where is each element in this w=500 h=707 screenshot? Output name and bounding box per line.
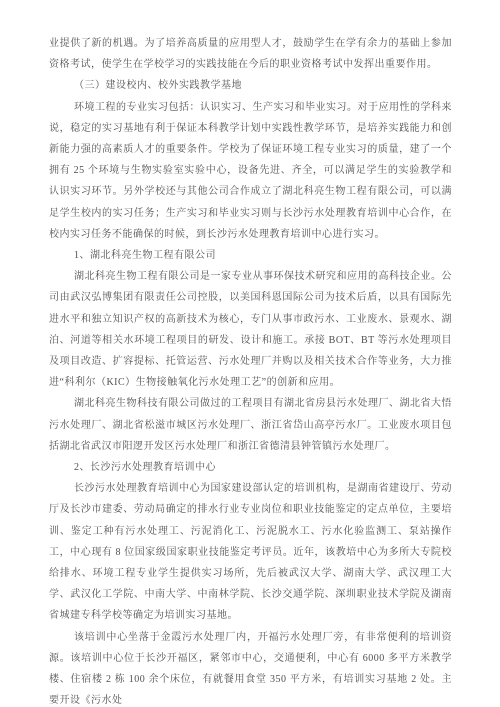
paragraph-keliang-intro: 湖北科亮生物工程有限公司是一家专业从事环保技术研究和应用的高科技企业。公司由武汉… [49,266,452,393]
item-heading-2-changsha-center: 2、长沙污水处理教育培训中心 [49,457,452,478]
document-page: 业提供了新的机遇。为了培养高质量的应用型人才，鼓励学生在学有余力的基础上参加资格… [0,0,500,707]
document-body: 业提供了新的机遇。为了培养高质量的应用型人才，鼓励学生在学有余力的基础上参加资格… [49,33,452,707]
section-heading-3: （三）建设校内、校外实践教学基地 [49,75,452,96]
paragraph-continuation: 业提供了新的机遇。为了培养高质量的应用型人才，鼓励学生在学有余力的基础上参加资格… [49,33,452,75]
paragraph-center-intro: 长沙污水处理教育培训中心为国家建设部认定的培训机构，是湖南省建设厅、劳动厅及长沙… [49,478,452,626]
item-heading-1-keliang-company: 1、湖北科亮生物工程有限公司 [49,245,452,266]
paragraph-practice-bases: 环境工程的专业实习包括：认识实习、生产实习和毕业实习。对于应用性的学科来说，稳定… [49,97,452,245]
paragraph-keliang-projects: 湖北科亮生物科技有限公司做过的工程项目有湖北省房县污水处理厂、湖北省大悟污水处理… [49,393,452,457]
paragraph-center-location: 该培训中心坐落于金霞污水处理厂内，开福污水处理厂旁，有非常便利的培训资源。该培训… [49,627,452,707]
